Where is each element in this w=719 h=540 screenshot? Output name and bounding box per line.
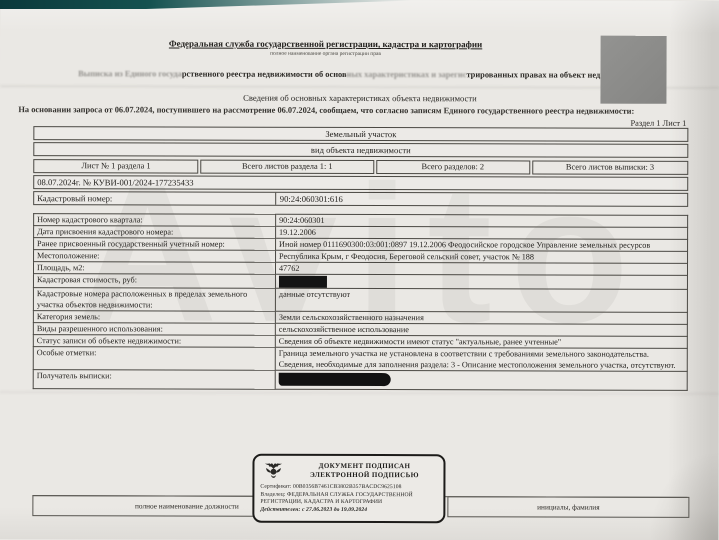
row-value: Земли сельскохозяйственного назначения xyxy=(275,311,687,324)
row-label: Получатель выписки: xyxy=(33,370,275,390)
table-row: Виды разрешенного использования:сельскох… xyxy=(33,323,687,337)
row-label: Номер кадастрового квартала: xyxy=(34,214,276,227)
sheet-info-cell: Лист № 1 раздела 1 xyxy=(33,159,198,173)
coat-of-arms-icon xyxy=(260,460,286,482)
table-row: Статус записи об объекте недвижимости:Св… xyxy=(33,335,687,349)
sheet-info-row: Лист № 1 раздела 1Всего листов раздела 1… xyxy=(33,159,688,175)
document-title-segment: Выписка из Единого госуда xyxy=(78,69,182,78)
row-label: Местоположение: xyxy=(34,250,276,263)
row-label: Кадастровая стоимость, руб: xyxy=(33,274,275,289)
table-row: Номер кадастрового квартала:90:24:060301 xyxy=(34,214,688,228)
table-row: Кадастровые номера расположенных в преде… xyxy=(33,288,687,313)
row-value: сельскохозяйственное использование xyxy=(275,323,687,336)
row-label: Статус записи об объекте недвижимости: xyxy=(33,335,275,348)
stamp-owner-line2: РЕГИСТРАЦИИ, КАДАСТРА И КАРТОГРАФИИ xyxy=(260,499,437,507)
table-row: Получатель выписки: xyxy=(33,370,687,391)
section-page-label: Раздел 1 Лист 1 xyxy=(630,119,686,128)
table-row: Ранее присвоенный государственный учетны… xyxy=(34,238,688,252)
stamp-title-line2: ЭЛЕКТРОННОЙ ПОДПИСЬЮ xyxy=(291,471,437,480)
stamp-title-line1: ДОКУМЕНТ ПОДПИСАН xyxy=(291,462,437,471)
row-value: Республика Крым, г Феодосия, Береговой с… xyxy=(275,250,687,263)
row-value: 47762 xyxy=(275,262,687,275)
details-table: Номер кадастрового квартала:90:24:060301… xyxy=(33,213,688,391)
document-number: 08.07.2024г. № КУВИ-001/2024-177235433 xyxy=(33,175,688,191)
row-label: Виды разрешенного использования: xyxy=(33,323,275,336)
cadastral-number-label: Кадастровый номер: xyxy=(34,192,276,205)
sheet-info-cell: Всего листов выписки: 3 xyxy=(532,160,689,174)
agency-caption: полное наименование органа регистрации п… xyxy=(1,50,651,58)
table-row: Особые отметки:Граница земельного участк… xyxy=(33,347,687,372)
row-label: Кадастровые номера расположенных в преде… xyxy=(33,288,275,312)
row-value: Граница земельного участка не установлен… xyxy=(275,347,687,371)
agency-name: Федеральная служба государственной регис… xyxy=(1,38,651,50)
black-redaction-mark xyxy=(279,276,327,288)
document-title-segment: ных характеристиках и зарегис xyxy=(347,70,467,79)
cadastral-number-value: 90:24:060301:616 xyxy=(276,193,687,206)
row-value: Сведения об объекте недвижимости имеют с… xyxy=(275,335,687,348)
position-label: полное наименование должности xyxy=(135,501,239,510)
object-type-value: Земельный участок xyxy=(33,126,688,142)
sheet-info-cell: Всего разделов: 2 xyxy=(376,160,530,174)
row-label: Категория земель: xyxy=(33,311,275,324)
row-value: данные отсутствуют xyxy=(275,288,687,312)
cadastral-number-row: Кадастровый номер: 90:24:060301:616 xyxy=(33,191,688,207)
row-label: Дата присвоения кадастрового номера: xyxy=(34,226,276,239)
black-redaction-mark xyxy=(279,373,391,386)
document-title-segment: рственного реестра недвижимости об основ xyxy=(182,70,347,79)
document-page: Avito Федеральная служба государственной… xyxy=(0,0,719,540)
row-value: Иной номер 0111690300:03:001:0897 19.12.… xyxy=(276,238,688,251)
table-row: Дата присвоения кадастрового номера:19.1… xyxy=(34,226,688,240)
row-label: Площадь, м2: xyxy=(33,262,275,275)
name-label: инициалы, фамилия xyxy=(537,502,599,511)
request-line: На основании запроса от 06.07.2024, пост… xyxy=(18,105,708,116)
paper-crease xyxy=(0,391,719,395)
object-type-caption: вид объекта недвижимости xyxy=(33,142,688,158)
row-label: Особые отметки: xyxy=(33,347,275,371)
row-value: 90:24:060301 xyxy=(276,214,688,227)
paper-corner-shadow xyxy=(648,451,718,540)
sheet-info-cell: Всего листов раздела 1: 1 xyxy=(201,160,374,174)
digital-signature-stamp: ДОКУМЕНТ ПОДПИСАН ЭЛЕКТРОННОЙ ПОДПИСЬЮ С… xyxy=(252,454,445,524)
row-value xyxy=(275,370,687,390)
stamp-validity: Действителен: с 27.06.2023 до 19.09.2024 xyxy=(260,506,437,514)
section-title: Сведения об основных характеристиках объ… xyxy=(0,92,719,104)
row-value: 19.12.2006 xyxy=(276,226,688,239)
row-label: Ранее присвоенный государственный учетны… xyxy=(34,238,276,251)
document-body: Земельный участок вид объекта недвижимос… xyxy=(33,126,689,391)
stamp-certificate: Сертификат: 00B0356B7461CB3802B357BACDC9… xyxy=(260,484,437,492)
row-value xyxy=(275,274,687,289)
